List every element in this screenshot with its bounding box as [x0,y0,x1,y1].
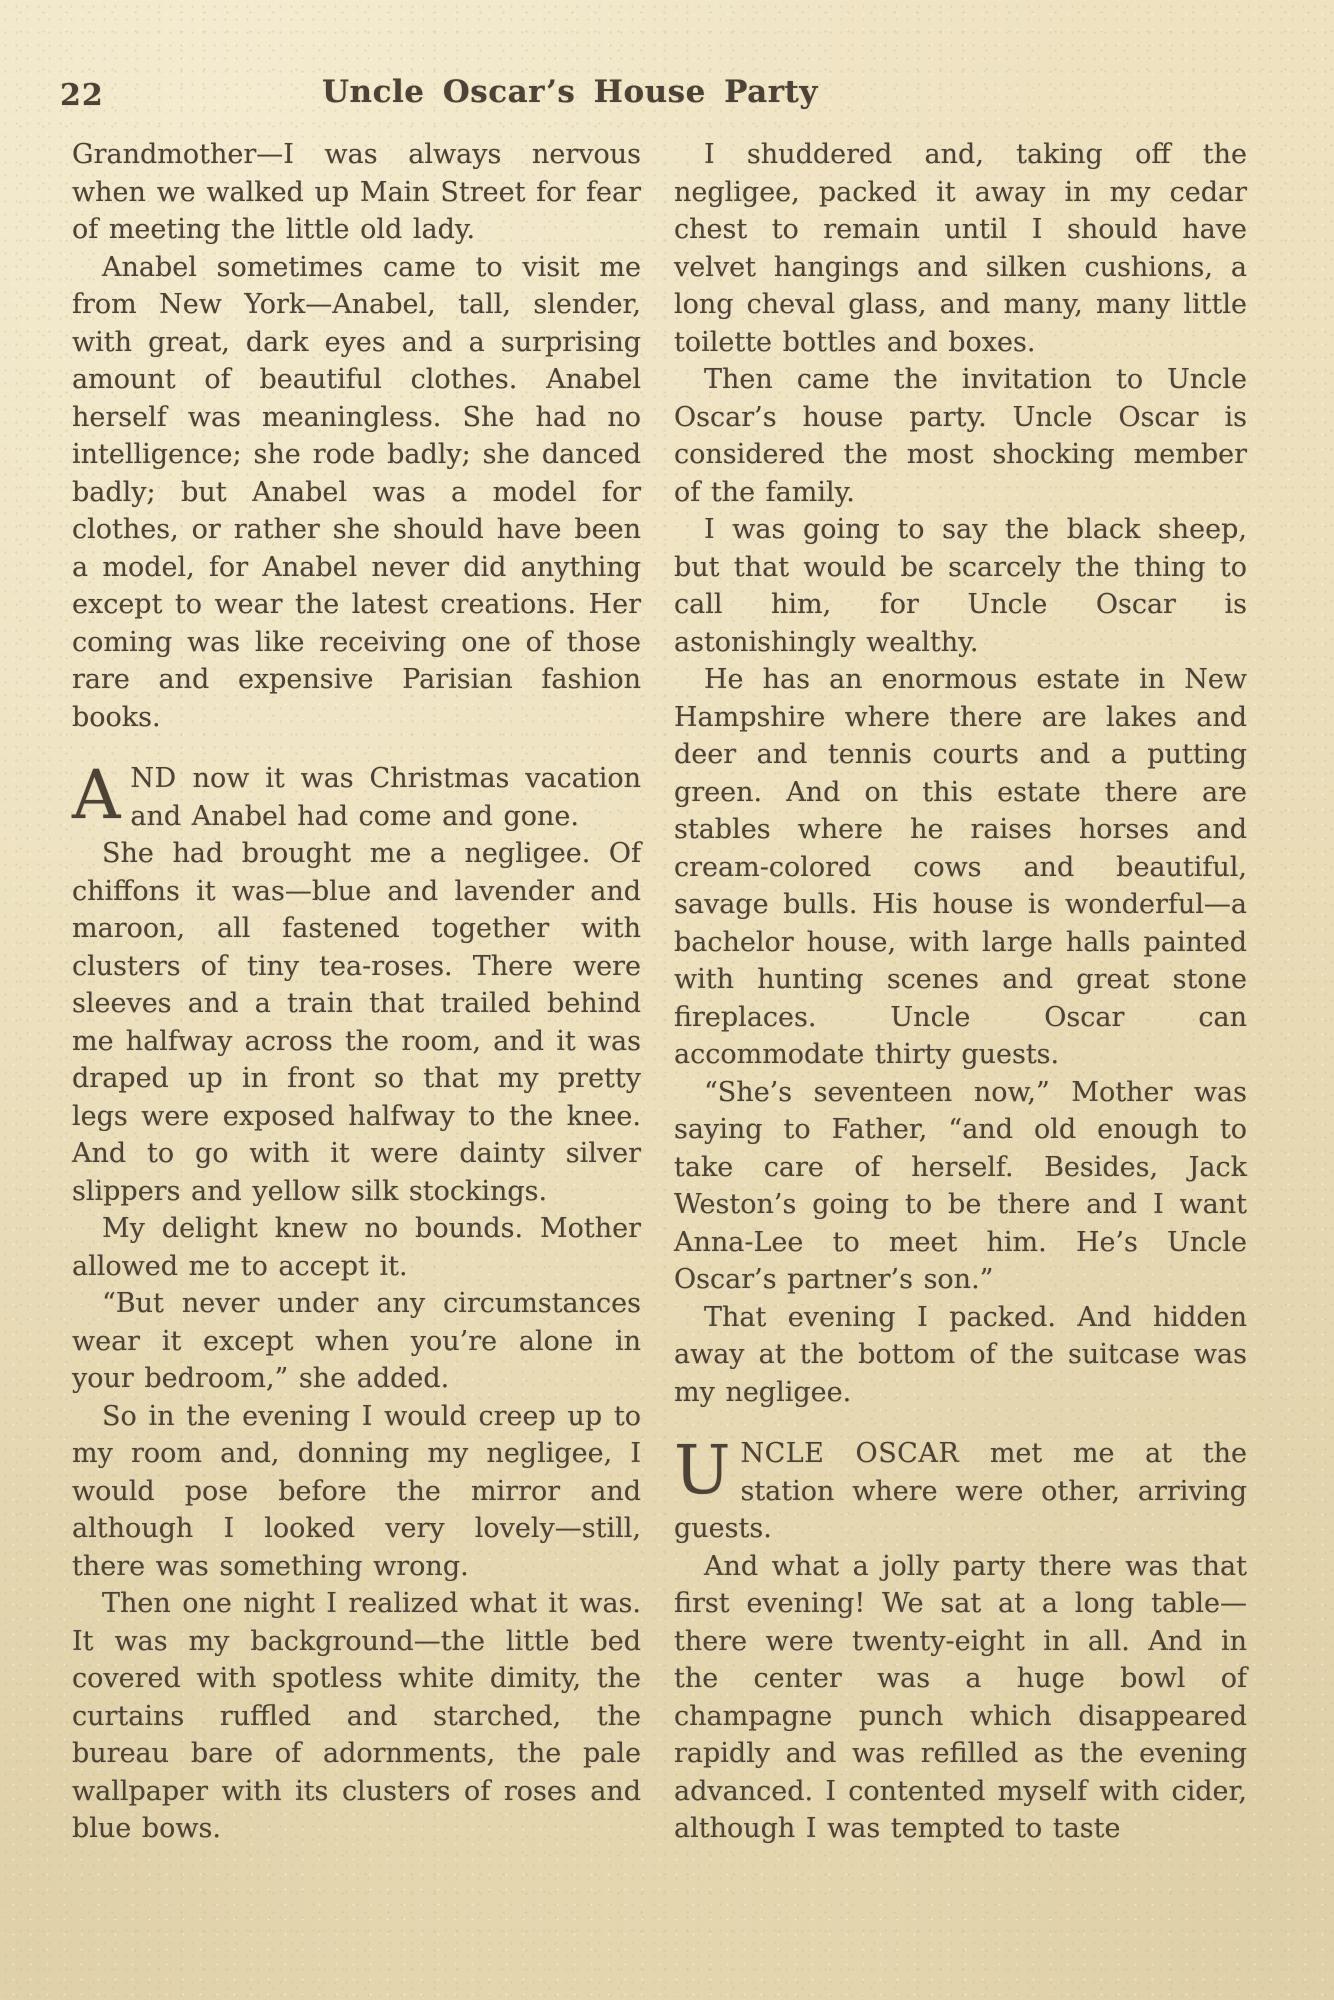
paragraph: UNCLE OSCAR met me at the station where … [674,1435,1247,1548]
text-block: Grandmother—I was always nervous when we… [72,136,1247,1848]
paragraph: Anabel sometimes came to visit me from N… [72,249,641,737]
opening-caps: ND [130,763,176,794]
paragraph: “She’s seventeen now,” Mother was saying… [674,1074,1247,1299]
left-column: Grandmother—I was always nervous when we… [72,136,641,1848]
paragraph: He has an enormous estate in New Hampshi… [674,661,1247,1074]
right-column: I shuddered and, taking off the negligee… [674,136,1247,1848]
page-number: 22 [60,78,104,113]
paragraph: Grandmother—I was always nervous when we… [72,136,641,249]
opening-caps: NCLE OSCAR [740,1438,959,1469]
paragraph: Then came the invitation to Uncle Oscar’… [674,361,1247,511]
drop-cap-letter: U [674,1435,740,1500]
paragraph: Then one night I realized what it was. I… [72,1585,641,1848]
drop-cap-letter: A [72,760,130,825]
paragraph: AND now it was Christmas vacation and An… [72,760,641,835]
paragraph: I was going to say the black sheep, but … [674,511,1247,661]
paragraph: She had brought me a negligee. Of chiffo… [72,835,641,1210]
paragraph: And what a jolly party there was that fi… [674,1548,1247,1848]
paragraph: My delight knew no bounds. Mother allowe… [72,1210,641,1285]
paragraph: That evening I packed. And hidden away a… [674,1299,1247,1412]
paragraph: So in the evening I would creep up to my… [72,1398,641,1586]
running-title: Uncle Oscar’s House Party [322,74,818,110]
paragraph: “But never under any circumstances wear … [72,1285,641,1398]
paragraph: I shuddered and, taking off the negligee… [674,136,1247,361]
book-page: 22 Uncle Oscar’s House Party Grandmother… [0,0,1334,2000]
